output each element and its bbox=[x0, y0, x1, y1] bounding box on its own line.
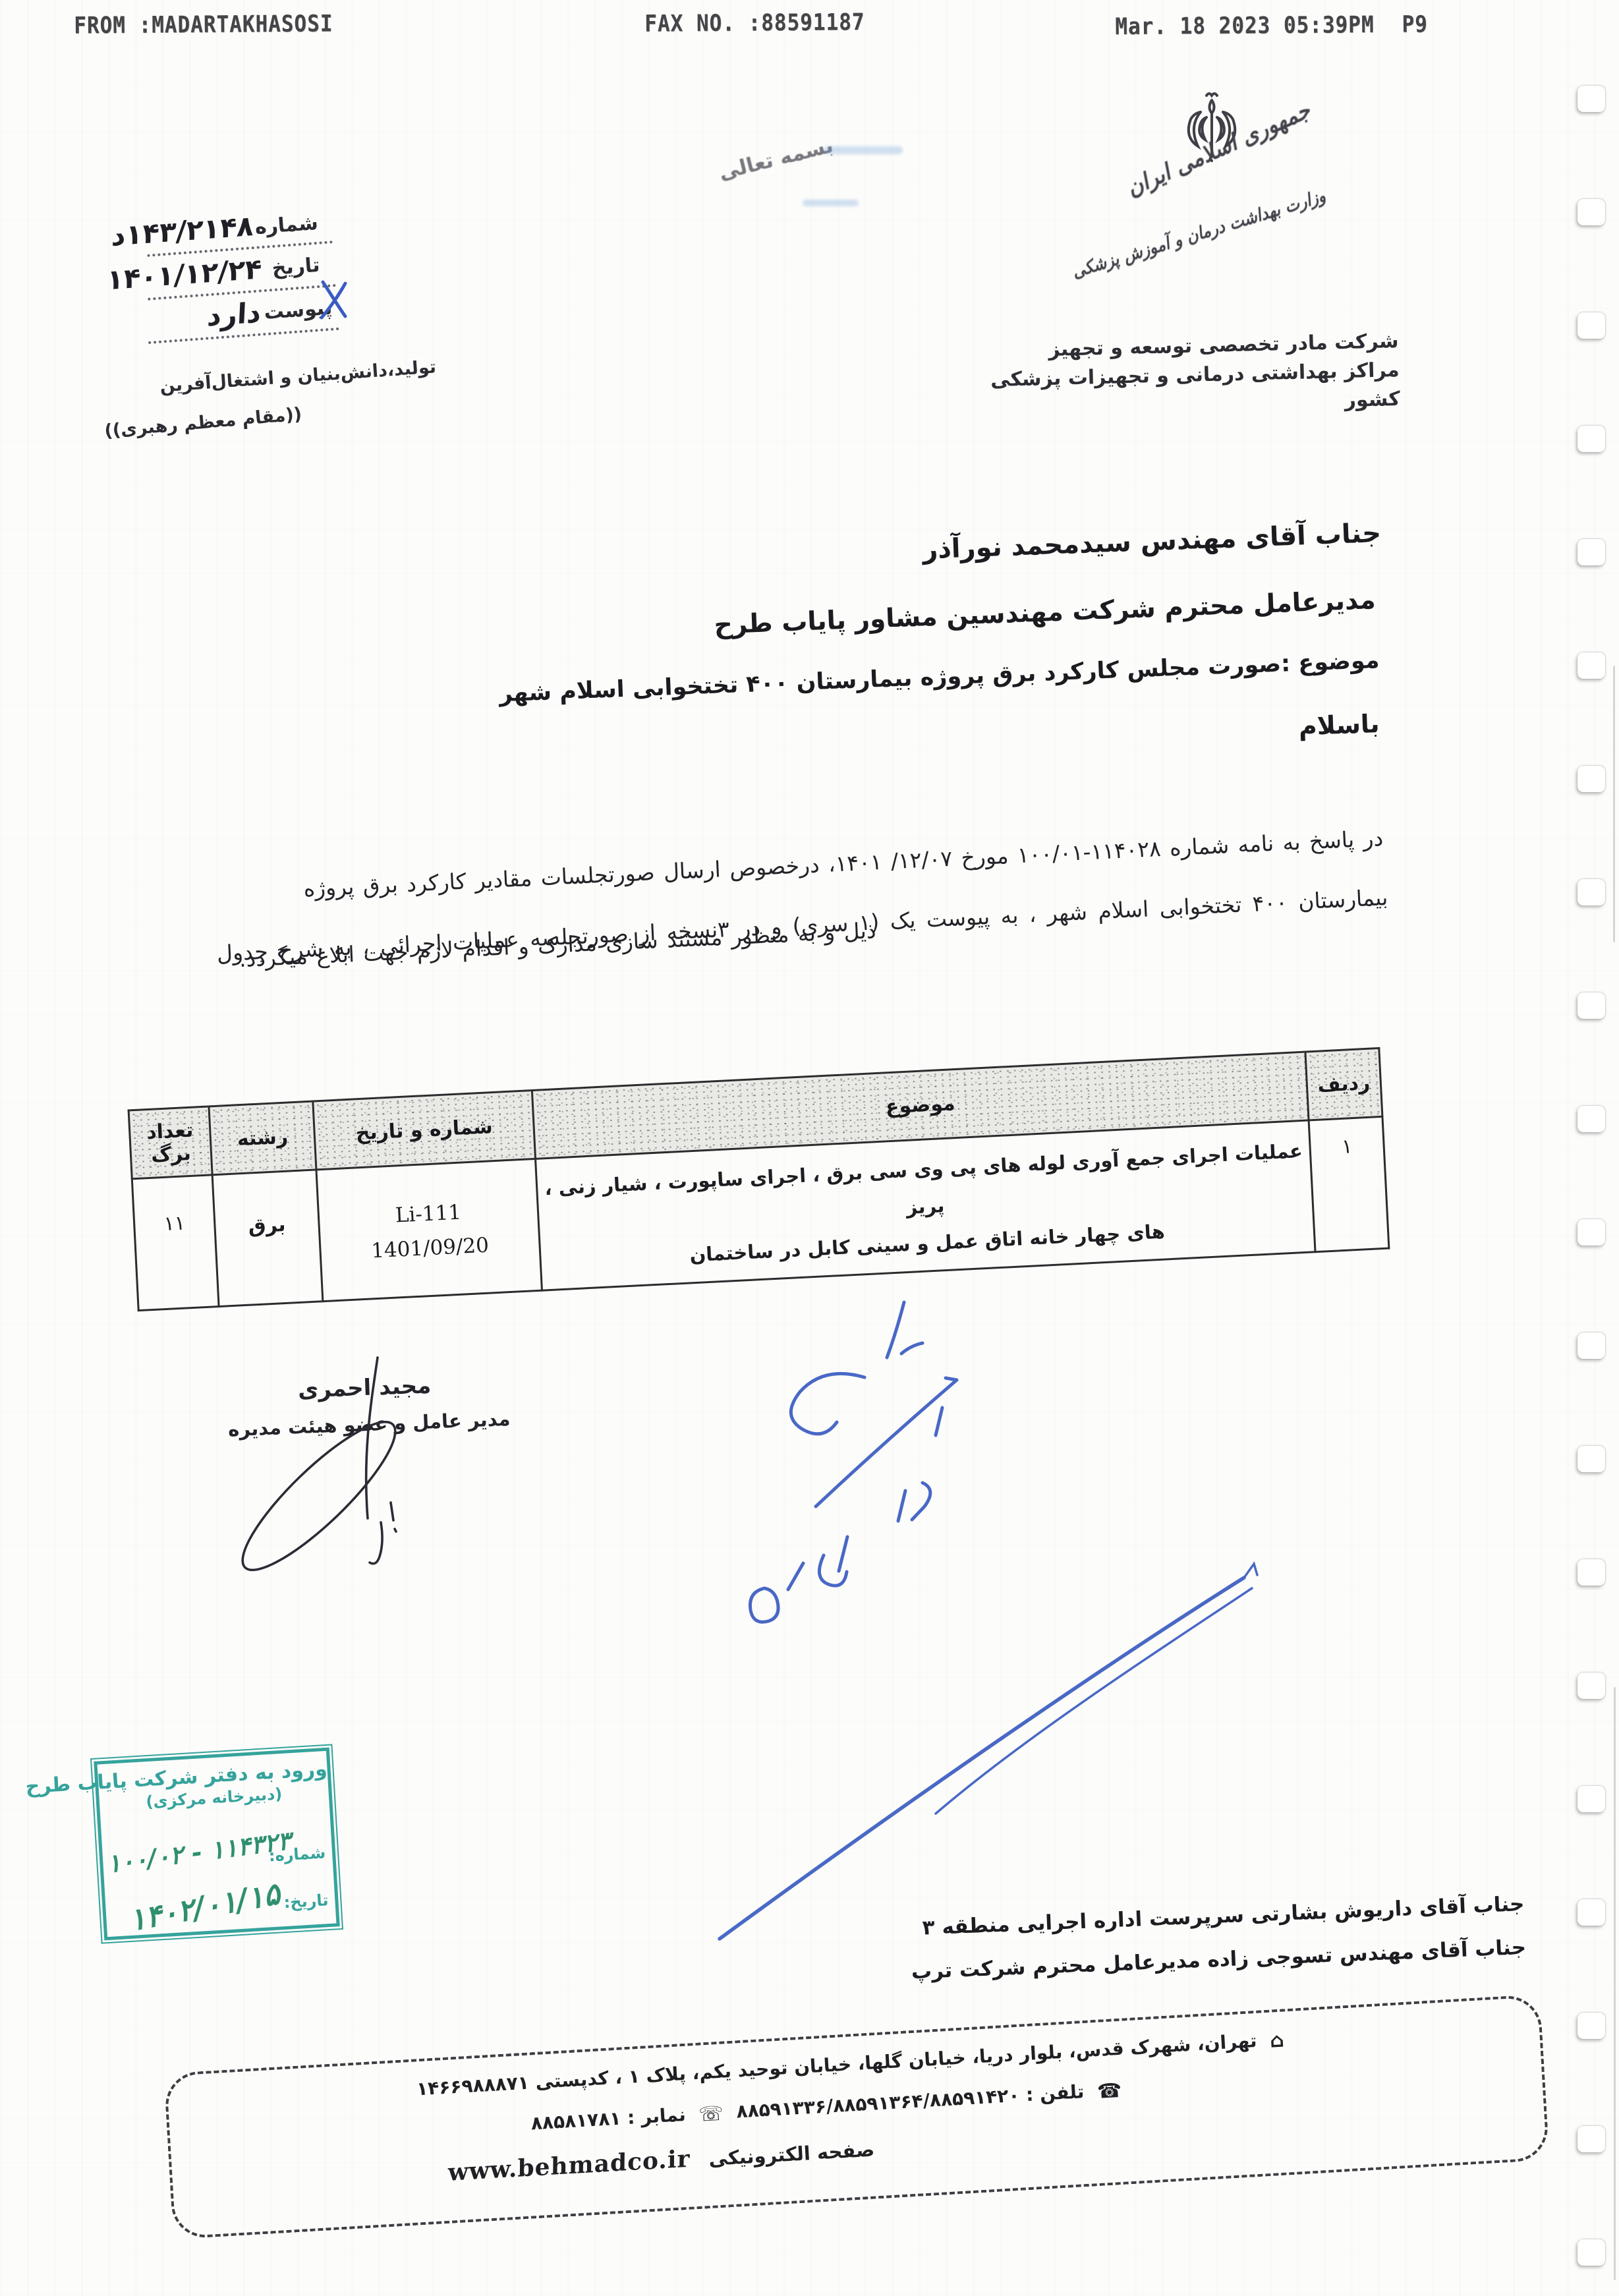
stamp-date-label: تاریخ: bbox=[283, 1891, 329, 1912]
recipient-name: جناب آقای مهندس سیدمحمد نورآذر bbox=[922, 518, 1381, 565]
scan-edge-artifact bbox=[1613, 666, 1615, 942]
binding-hole bbox=[1577, 766, 1605, 792]
letter-meta-block: شماره ۱۴۳/۲۱۴۸د تاریخ ۱۴۰۱/۱۲/۲۴ پیوست د… bbox=[112, 183, 504, 362]
ministry-calligraphy: وزارت بهداشت درمان و آموزش پزشکی bbox=[1069, 186, 1328, 283]
footer-website-label: صفحه الکترونیکی bbox=[708, 2138, 875, 2170]
binding-hole bbox=[1577, 1219, 1605, 1246]
binding-hole bbox=[1577, 992, 1605, 1019]
binding-hole bbox=[1577, 2126, 1605, 2152]
binding-hole bbox=[1577, 1333, 1605, 1359]
header-radif: ردیف bbox=[1305, 1048, 1382, 1120]
signature-scribble bbox=[232, 1352, 436, 1590]
binding-hole bbox=[1577, 1559, 1605, 1586]
works-table: ردیف موضوع شماره و تاریخ رشته تعداد برگ … bbox=[128, 1047, 1392, 1311]
fax-transport-header: FROM :MADARTAKHASOSI FAX NO. :88591187 M… bbox=[0, 0, 1619, 55]
binding-hole bbox=[1577, 1106, 1605, 1132]
header-number-date: شماره و تاریخ bbox=[313, 1090, 536, 1169]
binding-hole bbox=[1577, 86, 1605, 112]
fax-page-number: P9 bbox=[1402, 11, 1428, 38]
stamp-number-handwritten: ۱۱۴۳۲۳ - ۱۰۰/۰۲ bbox=[105, 1826, 293, 1879]
stamp-date-handwritten: ۱۴۰۲/۰۱/۱۵ bbox=[127, 1876, 283, 1938]
cell-field: برق bbox=[212, 1170, 323, 1307]
binding-hole bbox=[1577, 539, 1605, 565]
binding-hole bbox=[1577, 199, 1605, 225]
binding-hole bbox=[1577, 1673, 1605, 1699]
cell-radif: ۱ bbox=[1309, 1116, 1389, 1251]
binding-hole bbox=[1577, 2239, 1605, 2266]
slogan-line1: تولید،دانش‌بنیان و اشتغال‌آفرین bbox=[159, 357, 436, 396]
cell-pages: ۱۱ bbox=[132, 1175, 219, 1311]
fax-datetime: Mar. 18 2023 05:39PMP9 bbox=[1115, 11, 1428, 40]
footer-fax-text: نمابر : ۸۸۵۸۱۷۸۱ bbox=[530, 2104, 687, 2134]
footer-website-url: www.behmadco.ir bbox=[447, 2145, 690, 2187]
binding-hole bbox=[1577, 879, 1605, 905]
slogan-line2: ((مقام معظم رهبری)) bbox=[103, 404, 302, 442]
phone-icon: ☎ bbox=[1096, 2079, 1122, 2104]
fax-number: FAX NO. :88591187 bbox=[644, 9, 865, 38]
salutation: باسلام bbox=[1298, 709, 1380, 741]
binding-hole bbox=[1577, 312, 1605, 339]
fax-date-text: Mar. 18 2023 05:39PM bbox=[1115, 11, 1375, 40]
footer-address-box: ⌂ تهران، شهرک قدس، بلوار دریا، خیابان گل… bbox=[163, 1994, 1549, 2239]
bismillah-text: بسمه تعالی bbox=[716, 124, 876, 185]
binding-hole bbox=[1577, 1899, 1605, 1926]
dotted-line bbox=[146, 300, 339, 344]
scan-edge-artifact bbox=[1614, 1687, 1616, 2280]
company-name-block: شرکت مادر تخصصی توسعه و تجهیز مراکز بهدا… bbox=[942, 327, 1400, 425]
recipient-title: مدیرعامل محترم شرکت مهندسین مشاور پایاب … bbox=[714, 585, 1377, 641]
header-field: رشته bbox=[209, 1101, 316, 1175]
header-pages: تعداد برگ bbox=[128, 1106, 212, 1179]
binding-hole bbox=[1577, 426, 1605, 452]
binding-hole bbox=[1577, 1786, 1605, 1812]
fax-icon: ☏ bbox=[698, 2102, 724, 2127]
footer-phones-text: تلفن : ۸۸۵۹۱۳۳۶/۸۸۵۹۱۳۶۴/۸۸۵۹۱۴۲۰ bbox=[736, 2081, 1085, 2122]
binding-hole bbox=[1577, 652, 1605, 679]
fax-sender: FROM :MADARTAKHASOSI bbox=[74, 11, 333, 39]
binding-hole bbox=[1577, 2013, 1605, 2039]
house-icon: ⌂ bbox=[1269, 2028, 1284, 2052]
attachment-x-mark-icon bbox=[315, 277, 353, 322]
entry-stamp: ورود به دفتر شرکت پایاب طرح (دبیرخانه مر… bbox=[94, 1748, 340, 1941]
letter-subject: موضوع :صورت مجلس کارکرد برق پروژه بیمارس… bbox=[499, 647, 1380, 707]
binding-hole bbox=[1577, 1446, 1605, 1472]
company-line2: مراکز بهداشتی درمانی و تجهیزات پزشکی کشو… bbox=[943, 356, 1400, 425]
cell-number-date: Li-111 1401/09/20 bbox=[316, 1159, 542, 1301]
ink-smear bbox=[803, 200, 859, 206]
ink-smear bbox=[824, 146, 903, 154]
body-line1: در پاسخ به نامه شماره ۱۱۴۰۲۸-۱۰۰/۰۱ مورخ… bbox=[303, 825, 1384, 902]
